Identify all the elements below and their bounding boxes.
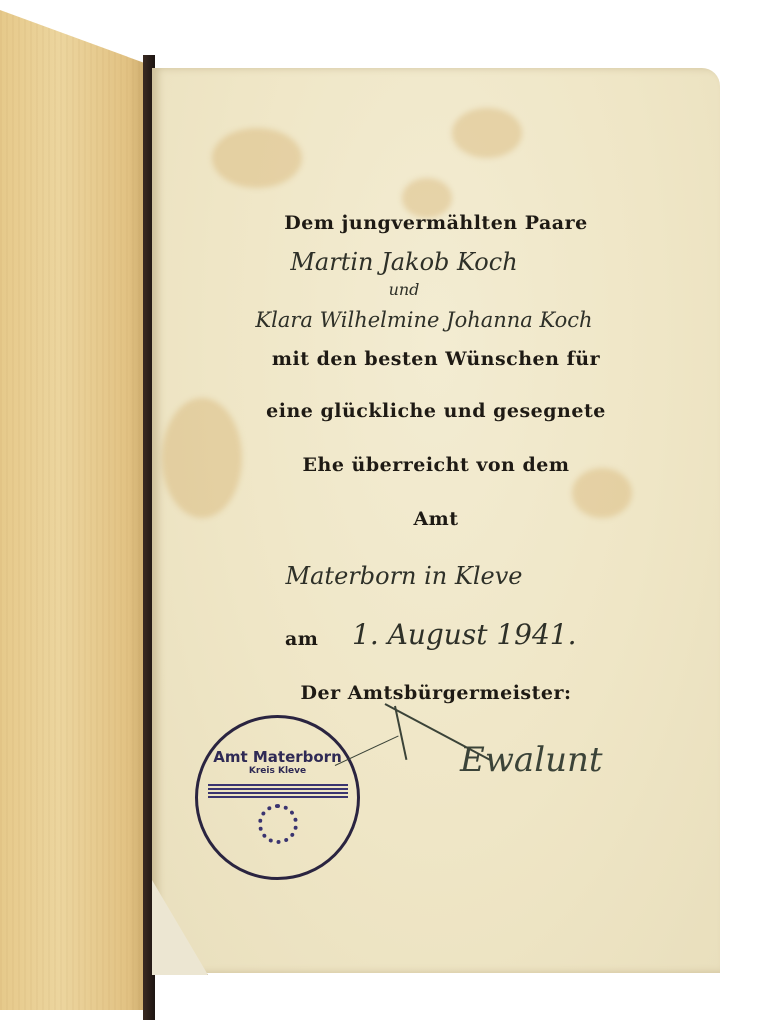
- handwritten-date: 1. August 1941.: [352, 618, 577, 651]
- eagle-emblem-icon: [208, 784, 348, 798]
- mayor-title: Der Amtsbürgermeister:: [152, 682, 720, 704]
- handwritten-signature: Ewalunt: [460, 740, 603, 780]
- office-label: Amt: [152, 508, 720, 530]
- foxing-stain: [212, 128, 302, 188]
- handwritten-office-place: Materborn in Kleve: [120, 562, 688, 590]
- stamp-subtitle: Kreis Kleve: [198, 766, 357, 776]
- stamp-title: Amt Materborn: [198, 748, 357, 766]
- handwritten-connector: und: [120, 280, 688, 299]
- left-page: [0, 10, 150, 1010]
- foxing-stain: [452, 108, 522, 158]
- date-prefix: am: [285, 628, 318, 650]
- wreath-emblem-icon: [258, 804, 298, 844]
- official-stamp: Amt Materborn Kreis Kleve: [195, 715, 360, 880]
- handwritten-bride-name: Klara Wilhelmine Johanna Koch: [140, 308, 708, 332]
- dedication-heading: Dem jungvermählten Paare: [152, 212, 720, 234]
- handwritten-groom-name: Martin Jakob Koch: [120, 248, 688, 276]
- wishes-line: mit den besten Wünschen für: [152, 348, 720, 370]
- presented-by-line: Ehe überreicht von dem: [152, 454, 720, 476]
- blessing-line: eine glückliche und gesegnete: [152, 400, 720, 422]
